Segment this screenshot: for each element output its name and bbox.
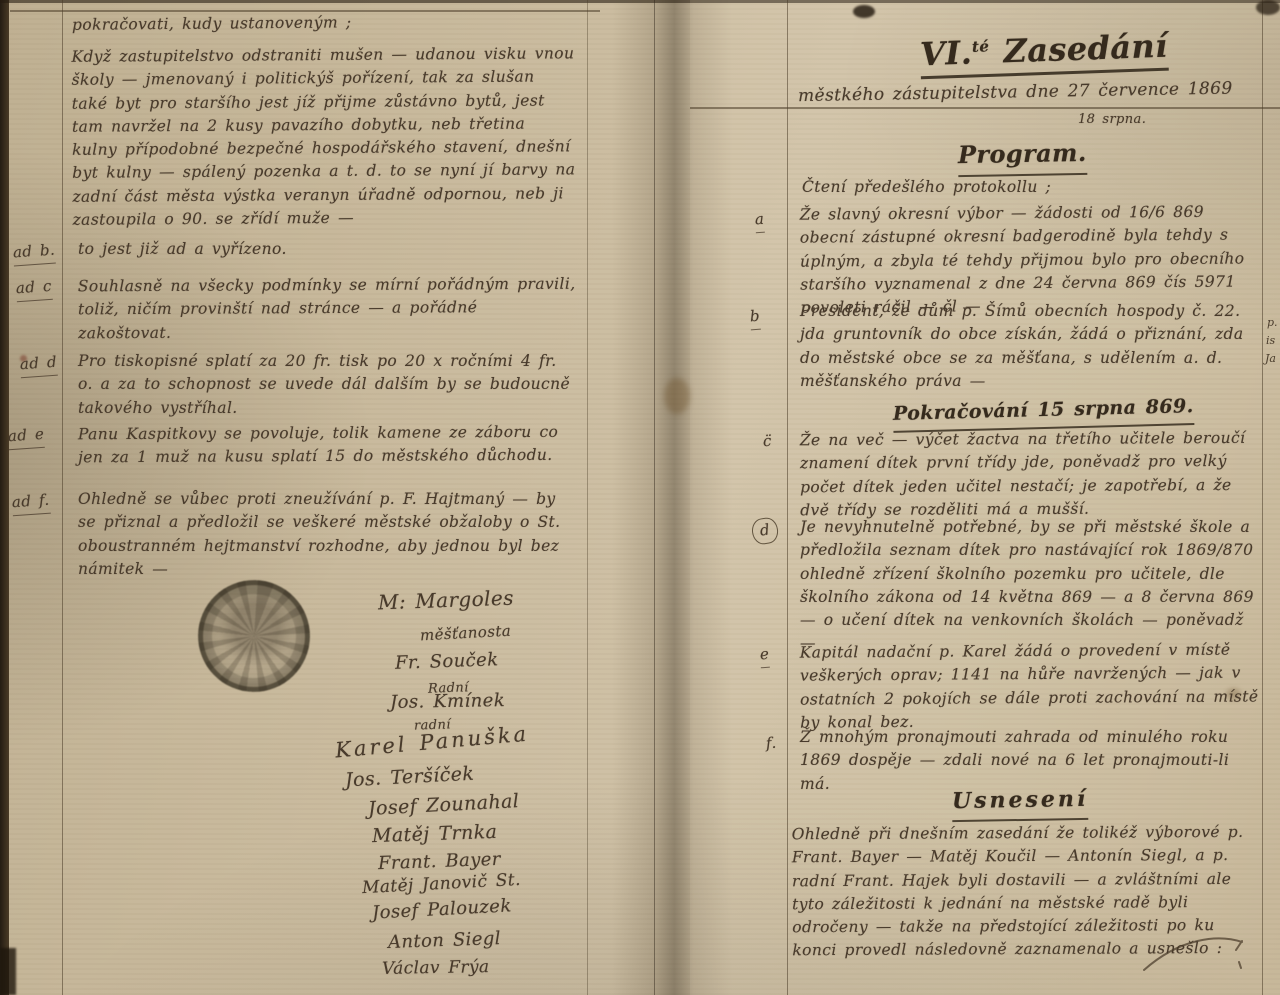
- program-heading: Program.: [958, 135, 1087, 177]
- ink-blot-top: [853, 5, 875, 18]
- left-main-paragraph: Když zastupitelstvo odstraniti mušen — u…: [71, 42, 577, 232]
- left-item-ad-b: to jest již ad a vyřízeno.: [78, 238, 558, 261]
- program-item-c: Že na več — výčet žactva na třetího učit…: [800, 427, 1255, 522]
- signature-soucek: Fr. Souček: [395, 646, 499, 677]
- left-page-right-rule: [587, 0, 588, 995]
- signature-siegl: Anton Siegl: [388, 925, 502, 956]
- signature-mayor: M: Margoles: [378, 583, 515, 618]
- left-item-ad-e: Panu Kaspitkovy se povoluje, tolik kamen…: [78, 421, 568, 470]
- ink-blot-corner: [1256, 0, 1280, 15]
- margin-letter-d: d: [752, 518, 778, 544]
- margin-label-ad-e: ad e: [7, 423, 45, 450]
- margin-label-ad-d: ad d: [19, 351, 58, 378]
- signature-kminek: Jos. Kmínek: [390, 687, 506, 716]
- session-title: VI.té Zasedání: [919, 22, 1168, 79]
- scanned-document: pokračovati, kudy ustanoveným ; Když zas…: [0, 0, 1280, 995]
- edge-note-line-1: p.: [1267, 316, 1278, 329]
- session-number-suffix: té: [972, 37, 990, 56]
- program-item-b: President, že dům p. Šímů obecních hospo…: [800, 300, 1255, 393]
- right-page-edge-rule: [1262, 0, 1263, 995]
- bottom-left-shadow: [0, 948, 16, 995]
- margin-letter-e: e: [759, 643, 770, 668]
- left-item-ad-c: Souhlasně na všecky podmínky se mírní po…: [78, 273, 578, 345]
- signature-mayor-title: měšťanosta: [419, 620, 511, 647]
- left-page-margin-rule: [62, 0, 63, 995]
- session-number: VI.: [919, 34, 972, 74]
- session-title-word: Zasedání: [1003, 27, 1168, 71]
- right-page-margin-rule: [787, 0, 788, 995]
- margin-label-ad-f: ad f.: [11, 489, 50, 516]
- program-item-e: Kapitál nadační p. Karel žádá o proveden…: [800, 638, 1261, 734]
- program-item-d: Je nevyhnutelně potřebné, by se při měst…: [800, 516, 1260, 656]
- left-opening-line: pokračovati, kudy ustanoveným ;: [72, 10, 492, 37]
- official-round-stamp: [188, 570, 321, 703]
- edge-note-line-2: is: [1266, 334, 1275, 347]
- right-page-header-rule: [690, 107, 1280, 109]
- left-binding-edge: [0, 0, 9, 995]
- margin-letter-c: c̈: [762, 430, 772, 454]
- page-edge-line: [654, 0, 655, 995]
- edge-note-line-3: Ja: [1265, 352, 1276, 365]
- program-intro-line: Čtení předešlého protokollu ;: [802, 176, 1222, 199]
- left-item-ad-d: Pro tiskopisné splatí za 20 fr. tisk po …: [78, 350, 578, 420]
- pen-flourish: [1140, 928, 1250, 978]
- margin-letter-a: a: [754, 208, 765, 233]
- signature-frya: Václav Frýa: [382, 955, 490, 982]
- left-item-ad-f: Ohledně se vůbec proti zneužívání p. F. …: [78, 488, 578, 581]
- resolution-heading: Usnesení: [952, 783, 1089, 822]
- margin-label-ad-b: ad b.: [12, 239, 56, 266]
- margin-letter-f: f.: [765, 732, 777, 756]
- margin-letter-b: b: [749, 305, 761, 330]
- gutter-stain: [664, 378, 690, 414]
- session-subtitle-inset-date: 18 srpna.: [1078, 110, 1146, 130]
- margin-label-ad-c: ad c: [15, 275, 52, 302]
